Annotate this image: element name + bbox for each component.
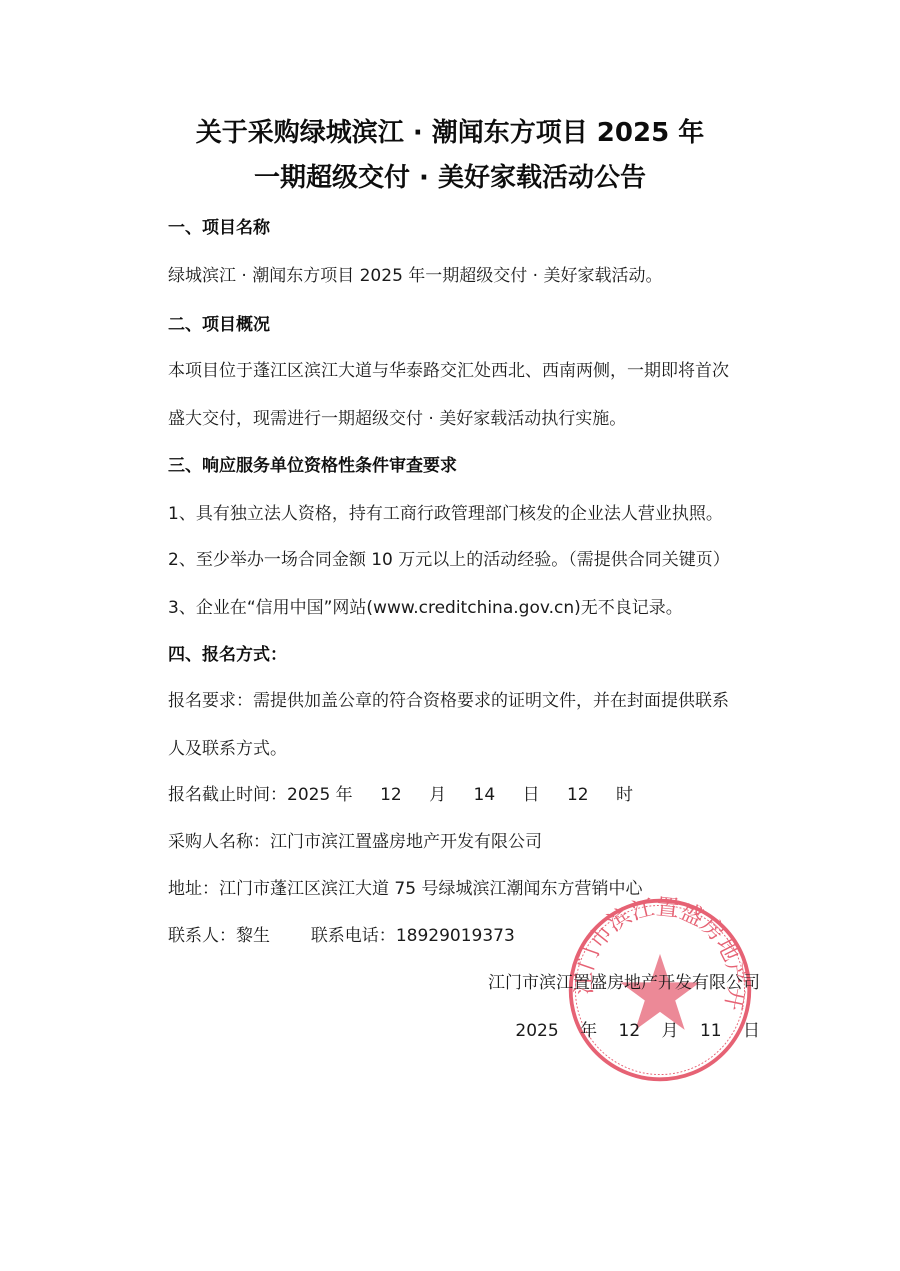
- footer-month: 12: [619, 1021, 641, 1041]
- section-heading-registration: 四、报名方式：: [168, 640, 287, 665]
- contact-phone-label: 联系电话：: [311, 926, 396, 946]
- deadline-day: 14: [474, 785, 496, 805]
- document-title-line1: 关于采购绿城滨江 · 潮闻东方项目 2025 年: [0, 112, 900, 149]
- deadline-year: 2025: [287, 785, 330, 805]
- registration-requirement-line1: 报名要求：需提供加盖公章的符合资格要求的证明文件，并在封面提供联系: [168, 686, 729, 711]
- deadline-hour-unit: 时: [616, 780, 633, 805]
- footer-year-unit: 年: [580, 1016, 597, 1041]
- deadline-day-unit: 日: [523, 780, 540, 805]
- contact-info: 联系人：黎生 联系电话：18929019373: [168, 921, 515, 946]
- footer-month-unit: 月: [662, 1016, 679, 1041]
- project-overview-line2: 盛大交付，现需进行一期超级交付 · 美好家载活动执行实施。: [168, 404, 626, 429]
- qualification-item-3: 3、企业在“信用中国”网站(www.creditchina.gov.cn)无不良…: [168, 593, 683, 618]
- footer-day: 11: [700, 1021, 722, 1041]
- qualification-item-2: 2、至少举办一场合同金额 10 万元以上的活动经验。（需提供合同关键页）: [168, 545, 730, 570]
- contact-person: 黎生: [236, 926, 270, 946]
- project-overview-line1: 本项目位于蓬江区滨江大道与华泰路交汇处西北、西南两侧，一期即将首次: [168, 356, 729, 381]
- section-heading-project-overview: 二、项目概况: [168, 310, 270, 335]
- footer-day-unit: 日: [743, 1016, 760, 1041]
- contact-person-label: 联系人：: [168, 926, 236, 946]
- deadline-year-unit: 年: [336, 780, 353, 805]
- deadline-month: 12: [380, 785, 402, 805]
- purchaser-name: 采购人名称：江门市滨江置盛房地产开发有限公司: [168, 827, 542, 852]
- deadline-month-unit: 月: [429, 780, 446, 805]
- contact-phone: 18929019373: [396, 926, 515, 946]
- footer-company-name: 江门市滨江置盛房地产开发有限公司: [488, 968, 760, 993]
- footer-date: 2025 年 12 月 11 日: [515, 1016, 760, 1041]
- deadline-hour: 12: [567, 785, 589, 805]
- document-title-line2: 一期超级交付 · 美好家载活动公告: [0, 157, 900, 194]
- project-name-text: 绿城滨江 · 潮闻东方项目 2025 年一期超级交付 · 美好家载活动。: [168, 261, 663, 286]
- section-heading-project-name: 一、项目名称: [168, 213, 270, 238]
- registration-deadline: 报名截止时间：2025 年 12 月 14 日 12 时: [168, 780, 633, 805]
- section-heading-qualifications: 三、响应服务单位资格性条件审查要求: [168, 451, 457, 476]
- registration-requirement-line2: 人及联系方式。: [168, 734, 287, 759]
- deadline-label: 报名截止时间：: [168, 780, 287, 805]
- qualification-item-1: 1、具有独立法人资格，持有工商行政管理部门核发的企业法人营业执照。: [168, 499, 723, 524]
- footer-year: 2025: [515, 1021, 558, 1041]
